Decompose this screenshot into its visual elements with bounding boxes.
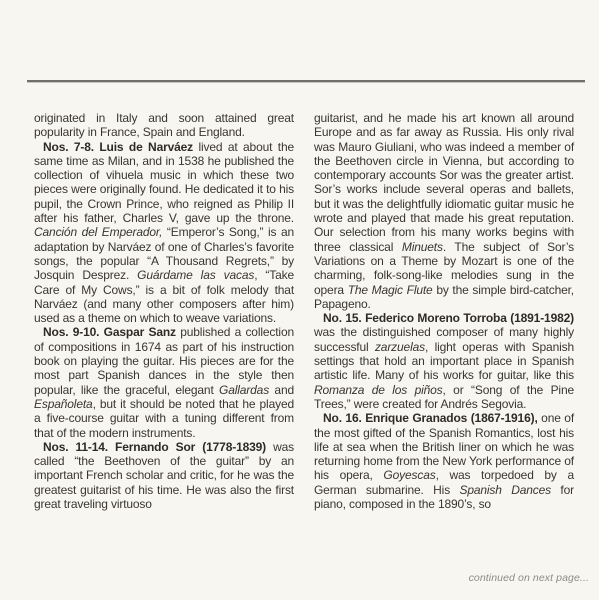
continued-note: continued on next page... (469, 572, 589, 584)
paragraph: originated in Italy and soon attained gr… (34, 111, 294, 140)
text-run: Gallardas (219, 383, 269, 397)
text-run: Guárdame las vacas (137, 268, 254, 282)
text-run: originated in Italy and soon attained gr… (34, 111, 294, 139)
text-columns: originated in Italy and soon attained gr… (34, 111, 574, 511)
text-run: No. 15. Federico Moreno Torroba (1891-19… (323, 311, 574, 325)
text-run: and (269, 383, 294, 397)
right-column: guitarist, and he made his art known all… (314, 111, 574, 511)
text-run: Canción del Emperador, (34, 225, 162, 239)
text-run: Nos. 9-10. Gaspar Sanz (43, 325, 176, 339)
paragraph: Nos. 7-8. Luis de Narváez lived at about… (34, 140, 294, 326)
text-run: No. 16. Enrique Granados (1867-1916), (323, 411, 538, 425)
text-run: The Magic Flute (348, 283, 433, 297)
left-column: originated in Italy and soon attained gr… (34, 111, 294, 511)
text-run: zarzuelas (375, 340, 425, 354)
booklet-page: originated in Italy and soon attained gr… (0, 0, 599, 600)
paragraph: Nos. 9-10. Gaspar Sanz published a colle… (34, 325, 294, 439)
text-run: Romanza de los piños (314, 383, 443, 397)
text-run: guitarist, and he made his art known all… (314, 111, 574, 254)
top-rule-divider (27, 80, 585, 82)
text-run: Minuets (402, 240, 443, 254)
paragraph: Nos. 11-14. Fernando Sor (1778-1839) was… (34, 440, 294, 511)
text-run: Españoleta (34, 397, 93, 411)
paragraph: No. 16. Enrique Granados (1867-1916), on… (314, 411, 574, 511)
text-run: Nos. 7-8. Luis de Narváez (43, 140, 193, 154)
paragraph: No. 15. Federico Moreno Torroba (1891-19… (314, 311, 574, 411)
text-run: Nos. 11-14. Fernando Sor (1778-1839) (43, 440, 266, 454)
text-run: Spanish Dances (459, 483, 551, 497)
text-run: Goyescas (383, 468, 435, 482)
paragraph: guitarist, and he made his art known all… (314, 111, 574, 311)
